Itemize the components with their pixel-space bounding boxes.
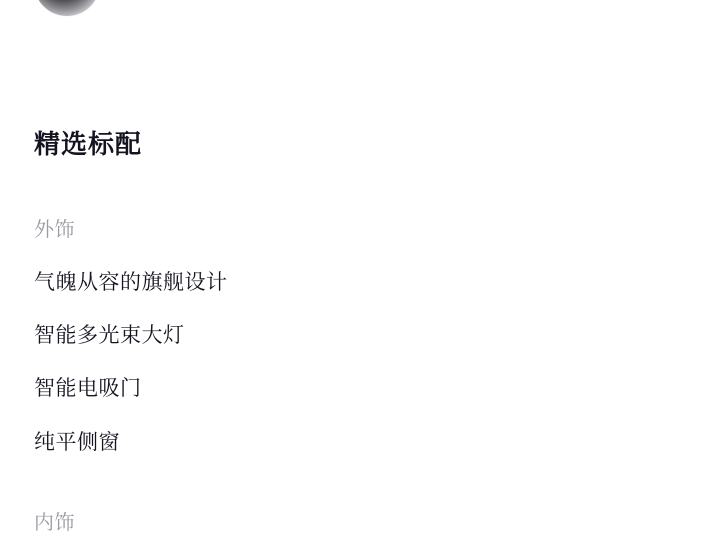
category-label-exterior: 外饰: [34, 215, 75, 243]
feature-item[interactable]: 智能多光束大灯: [34, 320, 185, 350]
feature-item[interactable]: 智能电吸门: [34, 373, 142, 403]
feature-item[interactable]: 气魄从容的旗舰设计: [34, 267, 228, 297]
section-title: 精选标配: [34, 128, 142, 162]
vehicle-thumbnail-image[interactable]: [34, 0, 100, 16]
feature-item[interactable]: 纯平侧窗: [34, 427, 120, 457]
category-label-interior: 内饰: [34, 508, 75, 536]
